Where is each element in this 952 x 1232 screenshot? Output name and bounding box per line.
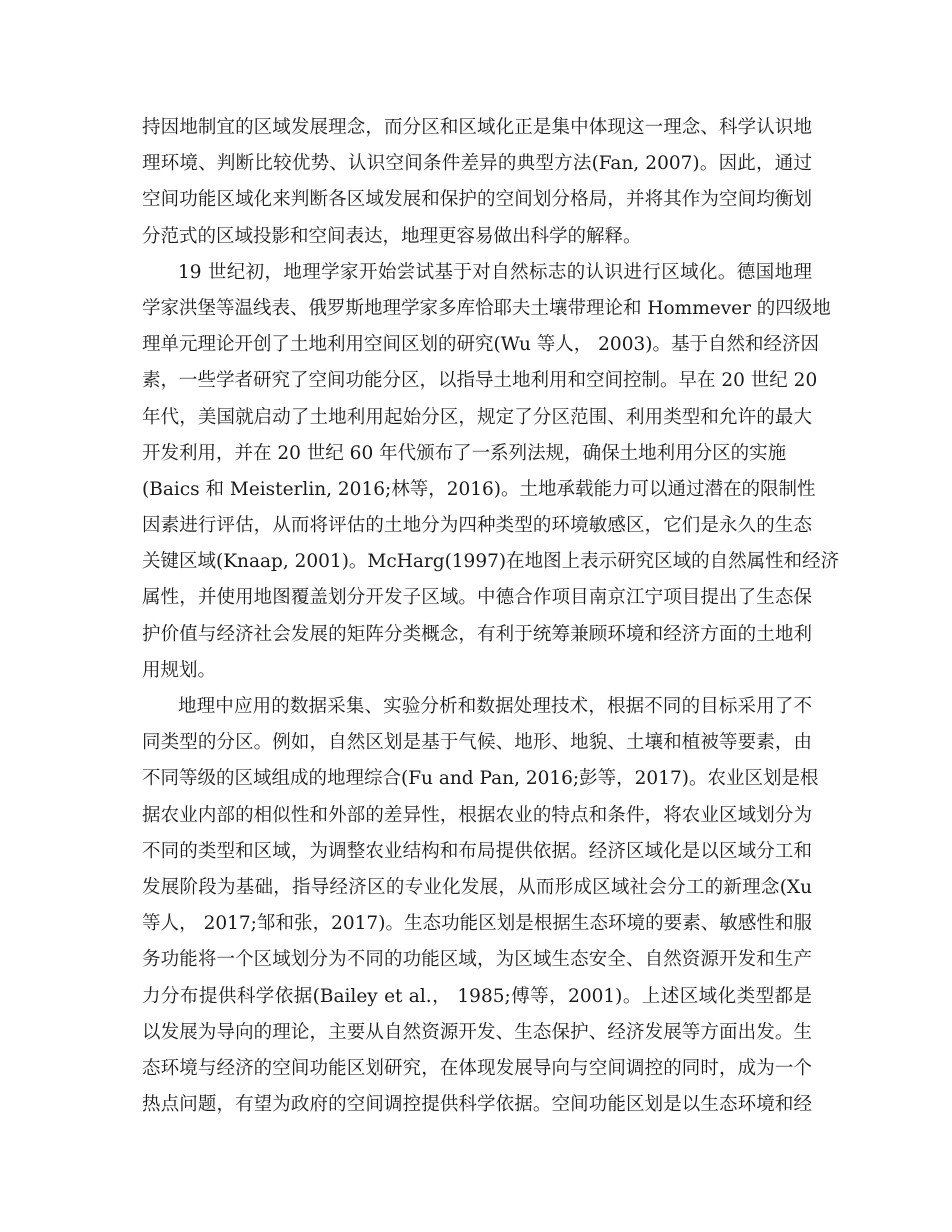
- text-line: 不同的类型和区域，为调整农业结构和布局提供依据。经济区域化是以区域分工和: [142, 834, 812, 870]
- text-line: 热点问题，有望为政府的空间调控提供科学依据。空间功能区划是以生态环境和经: [142, 1087, 812, 1123]
- text-line: 素，一些学者研究了空间功能分区，以指导土地利用和空间控制。早在 20 世纪 20: [142, 363, 812, 399]
- text-line: 分范式的区域投影和空间表达，地理更容易做出科学的解释。: [142, 219, 812, 255]
- text-line: 同类型的分区。例如，自然区划是基于气候、地形、地貌、土壤和植被等要素，由: [142, 725, 812, 761]
- text-line: 务功能将一个区域划分为不同的功能区域，为区域生态安全、自然资源开发和生产: [142, 942, 812, 978]
- text-line: 学家洪堡等温线表、俄罗斯地理学家多库恰耶夫土壤带理论和 Hommever 的四级…: [142, 291, 812, 327]
- text-line: 开发利用，并在 20 世纪 60 年代颁布了一系列法规，确保土地利用分区的实施: [142, 436, 812, 472]
- text-line: 理单元理论开创了土地利用空间区划的研究(Wu 等人， 2003)。基于自然和经济…: [142, 327, 812, 363]
- text-line: 据农业内部的相似性和外部的差异性，根据农业的特点和条件，将农业区域划分为: [142, 798, 812, 834]
- text-line: 空间功能区域化来判断各区域发展和保护的空间划分格局，并将其作为空间均衡划: [142, 182, 812, 218]
- paragraph-3: 地理中应用的数据采集、实验分析和数据处理技术，根据不同的目标采用了不 同类型的分…: [142, 689, 812, 1123]
- text-line: 关键区域(Knaap, 2001)。McHarg(1997)在地图上表示研究区域…: [142, 544, 812, 580]
- text-line: 理环境、判断比较优势、认识空间条件差异的典型方法(Fan, 2007)。因此，通…: [142, 146, 812, 182]
- text-line: 地理中应用的数据采集、实验分析和数据处理技术，根据不同的目标采用了不: [142, 689, 812, 725]
- text-line: 发展阶段为基础，指导经济区的专业化发展，从而形成区域社会分工的新理念(Xu: [142, 870, 812, 906]
- paragraph-1: 持因地制宜的区域发展理念，而分区和区域化正是集中体现这一理念、科学认识地 理环境…: [142, 110, 812, 255]
- text-line: 以发展为导向的理论，主要从自然资源开发、生态保护、经济发展等方面出发。生: [142, 1015, 812, 1051]
- text-line: 不同等级的区域组成的地理综合(Fu and Pan, 2016;彭等，2017)…: [142, 761, 812, 797]
- text-line: 因素进行评估，从而将评估的土地分为四种类型的环境敏感区，它们是永久的生态: [142, 508, 812, 544]
- text-line: 等人， 2017;邹和张，2017)。生态功能区划是根据生态环境的要素、敏感性和…: [142, 906, 812, 942]
- text-line: 年代，美国就启动了土地利用起始分区，规定了分区范围、利用类型和允许的最大: [142, 400, 812, 436]
- text-line: 持因地制宜的区域发展理念，而分区和区域化正是集中体现这一理念、科学认识地: [142, 110, 812, 146]
- text-line: 力分布提供科学依据(Bailey et al.， 1985;傅等，2001)。上…: [142, 979, 812, 1015]
- text-line: 属性，并使用地图覆盖划分开发子区域。中德合作项目南京江宁项目提出了生态保: [142, 580, 812, 616]
- text-line: (Baics 和 Meisterlin, 2016;林等，2016)。土地承载能…: [142, 472, 812, 508]
- paragraph-2: 19 世纪初，地理学家开始尝试基于对自然标志的认识进行区域化。德国地理 学家洪堡…: [142, 255, 812, 689]
- text-line: 19 世纪初，地理学家开始尝试基于对自然标志的认识进行区域化。德国地理: [142, 255, 812, 291]
- document-page: 持因地制宜的区域发展理念，而分区和区域化正是集中体现这一理念、科学认识地 理环境…: [142, 110, 812, 1123]
- text-line: 态环境与经济的空间功能区划研究，在体现发展导向与空间调控的同时，成为一个: [142, 1051, 812, 1087]
- text-line: 用规划。: [142, 653, 812, 689]
- text-line: 护价值与经济社会发展的矩阵分类概念，有利于统筹兼顾环境和经济方面的土地利: [142, 617, 812, 653]
